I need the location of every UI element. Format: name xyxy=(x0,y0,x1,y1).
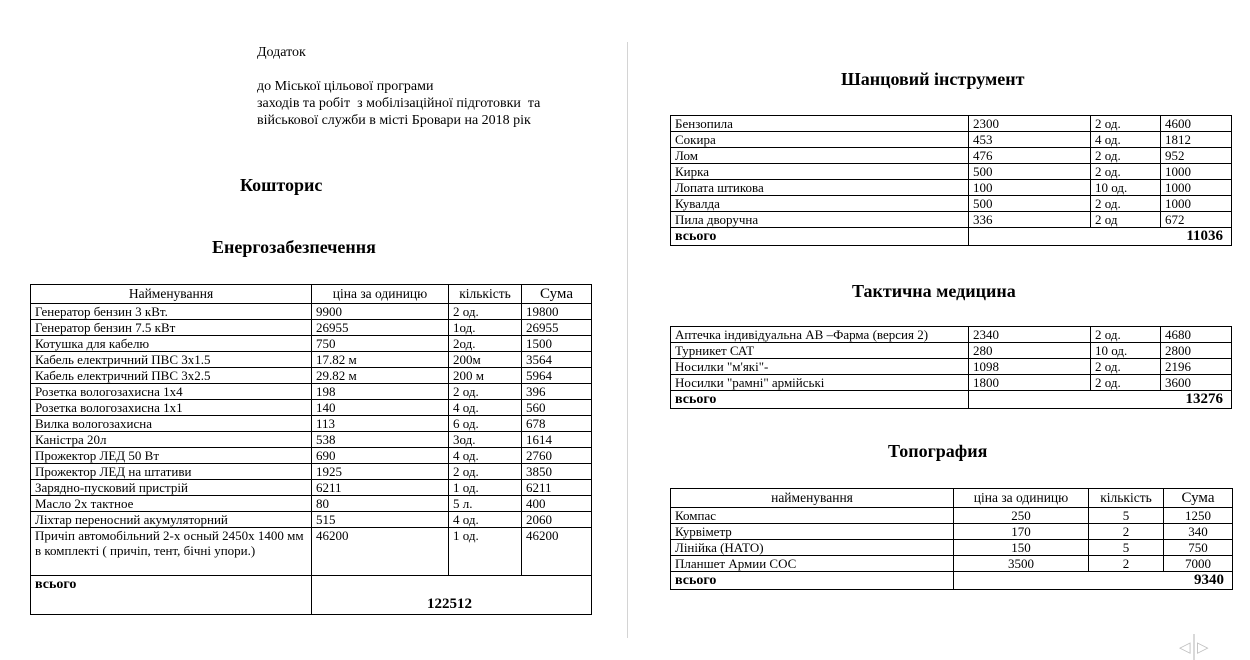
item-name-cell: Каністра 20л xyxy=(31,432,312,448)
item-name-cell: Лом xyxy=(671,148,969,164)
table-row: Прожектор ЛЕД 50 Вт6904 од.2760 xyxy=(31,448,592,464)
item-name-cell: Аптечка індивідуальна АВ –Фарма (версия … xyxy=(671,327,969,343)
quantity-cell: 2од. xyxy=(449,336,522,352)
quantity-cell: 200 м xyxy=(449,368,522,384)
quantity-cell: 5 xyxy=(1089,508,1164,524)
item-name-cell: Зарядно-пусковий пристрій xyxy=(31,480,312,496)
quantity-cell: 4 од. xyxy=(449,512,522,528)
unit-price-cell: 29.82 м xyxy=(312,368,449,384)
topography-section-title: Топография xyxy=(888,441,987,462)
item-name-cell: Котушка для кабелю xyxy=(31,336,312,352)
unit-price-cell: 3500 xyxy=(954,556,1089,572)
item-name-cell: Бензопила xyxy=(671,116,969,132)
item-name-cell: Генератор бензин 7.5 кВт xyxy=(31,320,312,336)
unit-price-cell: 453 xyxy=(969,132,1091,148)
total-label: всього xyxy=(671,228,969,246)
quantity-cell: 4 од. xyxy=(449,448,522,464)
unit-price-cell: 1925 xyxy=(312,464,449,480)
total-row: всього11036 xyxy=(671,228,1232,246)
item-name-cell: Генератор бензин 3 кВт. xyxy=(31,304,312,320)
budget-heading: Кошторис xyxy=(240,175,322,196)
table-row: Причіп автомобільний 2-х осный 2450х 140… xyxy=(31,528,592,576)
unit-price-cell: 26955 xyxy=(312,320,449,336)
unit-price-cell: 17.82 м xyxy=(312,352,449,368)
total-value: 9340 xyxy=(954,572,1233,590)
quantity-cell: 5 л. xyxy=(449,496,522,512)
appendix-note: Додаток до Міської цільової програми зах… xyxy=(257,44,540,129)
total-row: всього9340 xyxy=(671,572,1233,590)
unit-price-cell: 500 xyxy=(969,196,1091,212)
table-row: Генератор бензин 3 кВт.99002 од.19800 xyxy=(31,304,592,320)
medicine-table: Аптечка індивідуальна АВ –Фарма (версия … xyxy=(670,326,1232,409)
item-name-cell: Курвіметр xyxy=(671,524,954,540)
quantity-cell: 1 од. xyxy=(449,528,522,576)
quantity-cell: 2 од. xyxy=(1091,116,1161,132)
table-header-row: найменування ціна за одиницю кількість С… xyxy=(671,489,1233,508)
quantity-cell: 5 xyxy=(1089,540,1164,556)
item-name-cell: Планшет Армии СОС xyxy=(671,556,954,572)
sum-cell: 1000 xyxy=(1161,196,1232,212)
table-row: Котушка для кабелю7502од.1500 xyxy=(31,336,592,352)
unit-price-cell: 100 xyxy=(969,180,1091,196)
unit-price-cell: 515 xyxy=(312,512,449,528)
column-header-quantity: кількість xyxy=(449,285,522,304)
table-row: Кувалда5002 од.1000 xyxy=(671,196,1232,212)
item-name-cell: Прожектор ЛЕД на штативи xyxy=(31,464,312,480)
table-row: Вилка вологозахисна1136 од.678 xyxy=(31,416,592,432)
table-row: Бензопила23002 од.4600 xyxy=(671,116,1232,132)
table-row: Курвіметр1702340 xyxy=(671,524,1233,540)
item-name-cell: Носилки "м'які"- xyxy=(671,359,969,375)
unit-price-cell: 336 xyxy=(969,212,1091,228)
total-row: всього13276 xyxy=(671,391,1232,409)
table-row: Лінійка (НАТО)1505750 xyxy=(671,540,1233,556)
table-row: Каністра 20л5383од.1614 xyxy=(31,432,592,448)
sum-cell: 678 xyxy=(522,416,592,432)
unit-price-cell: 250 xyxy=(954,508,1089,524)
unit-price-cell: 9900 xyxy=(312,304,449,320)
sum-cell: 2196 xyxy=(1161,359,1232,375)
quantity-cell: 10 од. xyxy=(1091,343,1161,359)
column-header-name: найменування xyxy=(671,489,954,508)
table-row: Планшет Армии СОС350027000 xyxy=(671,556,1233,572)
item-name-cell: Ліхтар переносний акумуляторний xyxy=(31,512,312,528)
unit-price-cell: 113 xyxy=(312,416,449,432)
sum-cell: 340 xyxy=(1164,524,1233,540)
sum-cell: 400 xyxy=(522,496,592,512)
item-name-cell: Кабель електричний ПВС 3х1.5 xyxy=(31,352,312,368)
unit-price-cell: 150 xyxy=(954,540,1089,556)
sum-cell: 1614 xyxy=(522,432,592,448)
table-row: Турникет САТ28010 од.2800 xyxy=(671,343,1232,359)
sum-cell: 2800 xyxy=(1161,343,1232,359)
item-name-cell: Розетка вологозахисна 1х4 xyxy=(31,384,312,400)
unit-price-cell: 2300 xyxy=(969,116,1091,132)
sum-cell: 1000 xyxy=(1161,180,1232,196)
table-row: Компас25051250 xyxy=(671,508,1233,524)
sum-cell: 19800 xyxy=(522,304,592,320)
column-header-sum: Сума xyxy=(522,285,592,304)
unit-price-cell: 280 xyxy=(969,343,1091,359)
table-row: Пила дворучна3362 од672 xyxy=(671,212,1232,228)
sum-cell: 750 xyxy=(1164,540,1233,556)
unit-price-cell: 538 xyxy=(312,432,449,448)
quantity-cell: 2 од xyxy=(1091,212,1161,228)
column-header-price: ціна за одиницю xyxy=(312,285,449,304)
item-name-cell: Кувалда xyxy=(671,196,969,212)
table-row: Носилки "м'які"-10982 од.2196 xyxy=(671,359,1232,375)
column-header-price: ціна за одиницю xyxy=(954,489,1089,508)
left-page: Додаток до Міської цільової програми зах… xyxy=(0,0,625,660)
quantity-cell: 2 од. xyxy=(1091,148,1161,164)
sum-cell: 672 xyxy=(1161,212,1232,228)
unit-price-cell: 2340 xyxy=(969,327,1091,343)
quantity-cell: 6 од. xyxy=(449,416,522,432)
item-name-cell: Сокира xyxy=(671,132,969,148)
item-name-cell: Компас xyxy=(671,508,954,524)
total-value: 13276 xyxy=(969,391,1232,409)
table-row: Масло 2х тактное805 л.400 xyxy=(31,496,592,512)
tools-table: Бензопила23002 од.4600Сокира4534 од.1812… xyxy=(670,115,1232,246)
unit-price-cell: 1098 xyxy=(969,359,1091,375)
sum-cell: 3600 xyxy=(1161,375,1232,391)
quantity-cell: 3од. xyxy=(449,432,522,448)
total-label: всього xyxy=(31,576,312,615)
unit-price-cell: 750 xyxy=(312,336,449,352)
table-row: Сокира4534 од.1812 xyxy=(671,132,1232,148)
quantity-cell: 2 xyxy=(1089,556,1164,572)
appendix-line: військової служби в місті Бровари на 201… xyxy=(257,112,540,129)
item-name-cell: Лінійка (НАТО) xyxy=(671,540,954,556)
quantity-cell: 1 од. xyxy=(449,480,522,496)
table-row: Прожектор ЛЕД на штативи19252 од.3850 xyxy=(31,464,592,480)
unit-price-cell: 476 xyxy=(969,148,1091,164)
sum-cell: 26955 xyxy=(522,320,592,336)
item-name-cell: Носилки "рамні" армійські xyxy=(671,375,969,391)
sum-cell: 396 xyxy=(522,384,592,400)
quantity-cell: 2 од. xyxy=(1091,196,1161,212)
quantity-cell: 2 xyxy=(1089,524,1164,540)
sum-cell: 3850 xyxy=(522,464,592,480)
quantity-cell: 2 од. xyxy=(449,464,522,480)
table-row: Носилки "рамні" армійські18002 од.3600 xyxy=(671,375,1232,391)
quantity-cell: 2 од. xyxy=(1091,359,1161,375)
page-split-handle[interactable] xyxy=(1193,634,1195,660)
next-page-icon[interactable]: ▷ xyxy=(1197,638,1209,656)
total-value: 122512 xyxy=(312,576,592,615)
item-name-cell: Кабель електричний ПВС 3х2.5 xyxy=(31,368,312,384)
quantity-cell: 2 од. xyxy=(449,304,522,320)
column-header-quantity: кількість xyxy=(1089,489,1164,508)
energy-table: Найменування ціна за одиницю кількість С… xyxy=(30,284,592,615)
table-row: Зарядно-пусковий пристрій62111 од.6211 xyxy=(31,480,592,496)
item-name-cell: Вилка вологозахисна xyxy=(31,416,312,432)
table-row: Лопата штикова10010 од.1000 xyxy=(671,180,1232,196)
quantity-cell: 10 од. xyxy=(1091,180,1161,196)
page-navigation: ◁ ▷ xyxy=(1178,634,1210,660)
quantity-cell: 2 од. xyxy=(1091,375,1161,391)
item-name-cell: Масло 2х тактное xyxy=(31,496,312,512)
unit-price-cell: 690 xyxy=(312,448,449,464)
table-row: Генератор бензин 7.5 кВт269551од.26955 xyxy=(31,320,592,336)
quantity-cell: 200м xyxy=(449,352,522,368)
sum-cell: 1000 xyxy=(1161,164,1232,180)
unit-price-cell: 6211 xyxy=(312,480,449,496)
table-row: Лом4762 од.952 xyxy=(671,148,1232,164)
unit-price-cell: 500 xyxy=(969,164,1091,180)
page-divider xyxy=(627,42,628,638)
energy-section-title: Енергозабезпечення xyxy=(212,237,376,258)
prev-page-icon[interactable]: ◁ xyxy=(1179,638,1191,656)
total-label: всього xyxy=(671,572,954,590)
table-row: Аптечка індивідуальна АВ –Фарма (версия … xyxy=(671,327,1232,343)
sum-cell: 2760 xyxy=(522,448,592,464)
column-header-name: Найменування xyxy=(31,285,312,304)
table-row: Кабель електричний ПВС 3х1.517.82 м200м3… xyxy=(31,352,592,368)
topography-table: найменування ціна за одиницю кількість С… xyxy=(670,488,1233,590)
quantity-cell: 2 од. xyxy=(1091,164,1161,180)
sum-cell: 1500 xyxy=(522,336,592,352)
item-name-cell: Турникет САТ xyxy=(671,343,969,359)
quantity-cell: 4 од. xyxy=(449,400,522,416)
sum-cell: 7000 xyxy=(1164,556,1233,572)
item-name-cell: Причіп автомобільний 2-х осный 2450х 140… xyxy=(31,528,312,576)
table-row: Розетка вологозахисна 1х11404 од.560 xyxy=(31,400,592,416)
quantity-cell: 2 од. xyxy=(449,384,522,400)
sum-cell: 560 xyxy=(522,400,592,416)
item-name-cell: Пила дворучна xyxy=(671,212,969,228)
tools-section-title: Шанцовий інструмент xyxy=(841,69,1024,90)
table-row: Кирка5002 од.1000 xyxy=(671,164,1232,180)
item-name-cell: Лопата штикова xyxy=(671,180,969,196)
table-row: Кабель електричний ПВС 3х2.529.82 м200 м… xyxy=(31,368,592,384)
medicine-section-title: Тактична медицина xyxy=(852,281,1016,302)
sum-cell: 952 xyxy=(1161,148,1232,164)
sum-cell: 5964 xyxy=(522,368,592,384)
quantity-cell: 4 од. xyxy=(1091,132,1161,148)
sum-cell: 6211 xyxy=(522,480,592,496)
appendix-line: до Міської цільової програми xyxy=(257,78,540,95)
item-name-cell: Розетка вологозахисна 1х1 xyxy=(31,400,312,416)
sum-cell: 2060 xyxy=(522,512,592,528)
item-name-cell: Кирка xyxy=(671,164,969,180)
unit-price-cell: 80 xyxy=(312,496,449,512)
sum-cell: 3564 xyxy=(522,352,592,368)
sum-cell: 46200 xyxy=(522,528,592,576)
column-header-sum: Сума xyxy=(1164,489,1233,508)
quantity-cell: 1од. xyxy=(449,320,522,336)
table-row: Розетка вологозахисна 1х41982 од.396 xyxy=(31,384,592,400)
table-header-row: Найменування ціна за одиницю кількість С… xyxy=(31,285,592,304)
sum-cell: 4600 xyxy=(1161,116,1232,132)
sum-cell: 1812 xyxy=(1161,132,1232,148)
item-name-cell: Прожектор ЛЕД 50 Вт xyxy=(31,448,312,464)
unit-price-cell: 170 xyxy=(954,524,1089,540)
table-row: Ліхтар переносний акумуляторний5154 од.2… xyxy=(31,512,592,528)
unit-price-cell: 1800 xyxy=(969,375,1091,391)
unit-price-cell: 46200 xyxy=(312,528,449,576)
unit-price-cell: 198 xyxy=(312,384,449,400)
unit-price-cell: 140 xyxy=(312,400,449,416)
total-label: всього xyxy=(671,391,969,409)
appendix-title: Додаток xyxy=(257,44,540,61)
total-value: 11036 xyxy=(969,228,1232,246)
sum-cell: 4680 xyxy=(1161,327,1232,343)
sum-cell: 1250 xyxy=(1164,508,1233,524)
total-row: всього122512 xyxy=(31,576,592,615)
appendix-line: заходів та робіт з мобілізаційної підгот… xyxy=(257,95,540,112)
quantity-cell: 2 од. xyxy=(1091,327,1161,343)
